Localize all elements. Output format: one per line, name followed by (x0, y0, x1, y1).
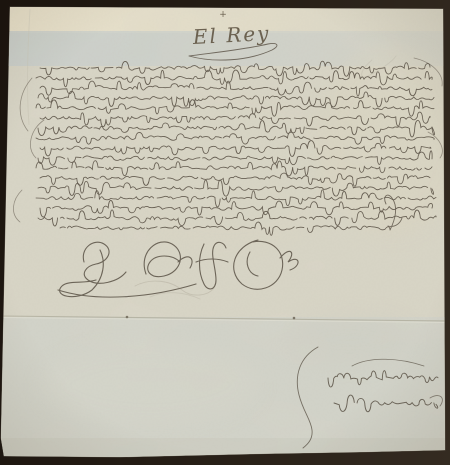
heading-title: El Rey (191, 21, 271, 49)
paper-vignette (0, 0, 450, 465)
heading-cross-icon: + (219, 10, 227, 20)
paper-sheet (0, 0, 450, 465)
fold-dot (293, 317, 296, 320)
fold-dot (126, 316, 129, 319)
photo-frame: + El Rey (0, 0, 450, 465)
manuscript-photo: + El Rey (0, 0, 450, 465)
